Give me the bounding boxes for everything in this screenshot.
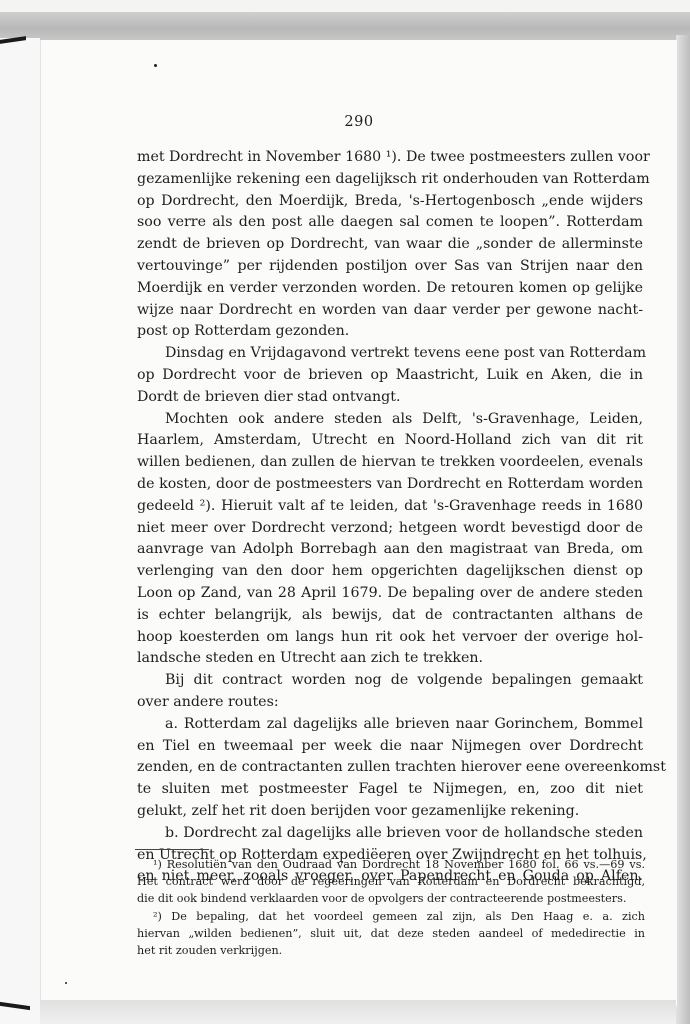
page-number: 290: [41, 114, 677, 130]
text-line: vertouvinge” per rijdenden postiljon ove…: [137, 256, 643, 278]
scan-right-shadow: [676, 35, 690, 1024]
text-line: Loon op Zand, van 28 April 1679. De bepa…: [137, 583, 643, 605]
text-line: verlenging van den door hem opgerichten …: [137, 561, 643, 583]
text-line: aanvrage van Adolph Borrebagh aan den ma…: [137, 539, 643, 561]
footnote-line: ²) De bepaling, dat het voordeel gemeen …: [137, 908, 645, 925]
text-line: op Dordrecht voor de brieven op Maastric…: [137, 365, 643, 387]
footnote-divider: [135, 849, 209, 850]
text-line: gelukt, zelf het rit doen berijden voor …: [137, 801, 643, 823]
footnote-line: die dit ook bindend verklaarden voor de …: [137, 890, 645, 907]
footnotes: ¹) Resolutiën van den Oudraad van Dordre…: [137, 856, 645, 959]
footnote-line: ¹) Resolutiën van den Oudraad van Dordre…: [137, 856, 645, 873]
text-line: niet meer over Dordrecht verzond; hetgee…: [137, 518, 643, 540]
text-line: gezamenlijke rekening een dagelijksch ri…: [137, 169, 643, 191]
text-line: a. Rotterdam zal dagelijks alle brieven …: [137, 714, 643, 736]
text-line: landsche steden en Utrecht aan zich te t…: [137, 648, 643, 670]
scan-speck: [154, 64, 157, 67]
scan-left-margin: [0, 38, 40, 1024]
body-text: met Dordrecht in November 1680 ¹). De tw…: [137, 147, 643, 888]
text-line: soo verre als den post alle daegen sal c…: [137, 212, 643, 234]
footnote-line: hiervan „wilden bedienen”, sluit uit, da…: [137, 925, 645, 942]
text-line: hoop koesterden om langs hun rit ook het…: [137, 627, 643, 649]
text-line: is echter belangrijk, als bewijs, dat de…: [137, 605, 643, 627]
scan-speck: [65, 982, 67, 984]
text-line: Dordt de brieven dier stad ontvangt.: [137, 387, 643, 409]
text-line: zenden, en de contractanten zullen trach…: [137, 757, 643, 779]
text-line: de kosten, door de postmeesters van Dord…: [137, 474, 643, 496]
text-line: wijze naar Dordrecht en worden van daar …: [137, 300, 643, 322]
footnote-line: het rit zouden verkrijgen.: [137, 942, 645, 959]
text-line: en Tiel en tweemaal per week die naar Ni…: [137, 736, 643, 758]
text-line: op Dordrecht, den Moerdijk, Breda, 's-He…: [137, 191, 643, 213]
text-line: met Dordrecht in November 1680 ¹). De tw…: [137, 147, 643, 169]
scan-top-shadow: [0, 12, 690, 42]
text-line: gedeeld ²). Hieruit valt af te leiden, d…: [137, 496, 643, 518]
text-line: zendt de brieven op Dordrecht, van waar …: [137, 234, 643, 256]
text-line: Moerdijk en verder verzonden worden. De …: [137, 278, 643, 300]
text-line: willen bedienen, dan zullen de hiervan t…: [137, 452, 643, 474]
text-line: te sluiten met postmeester Fagel te Nijm…: [137, 779, 643, 801]
text-line: Mochten ook andere steden als Delft, 's-…: [137, 409, 643, 431]
scan-bottom-shadow: [40, 1000, 676, 1024]
text-line: Haarlem, Amsterdam, Utrecht en Noord-Hol…: [137, 430, 643, 452]
text-line: over andere routes:: [137, 692, 643, 714]
text-line: Bij dit contract worden nog de volgende …: [137, 670, 643, 692]
footnote-line: Het contract werd door de regeeringen va…: [137, 873, 645, 890]
text-line: post op Rotterdam gezonden.: [137, 321, 643, 343]
text-line: Dinsdag en Vrijdagavond vertrekt tevens …: [137, 343, 643, 365]
book-page: 290 met Dordrecht in November 1680 ¹). D…: [40, 40, 677, 1006]
text-line: b. Dordrecht zal dagelijks alle brieven …: [137, 823, 643, 845]
